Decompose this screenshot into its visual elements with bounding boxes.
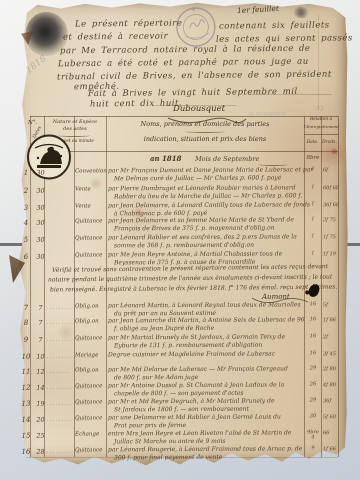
col-header-nature: des actes [46,126,104,132]
act-date: 30 [34,236,47,244]
act-description: chapelle de 800 f. — son payement d'acte… [114,389,244,397]
registration-date: 1 [305,217,321,222]
act-description: par Mr François Dumont et Dame Jeanne Ma… [108,166,313,174]
act-description: par Léonard Rablier et ses confrères, de… [108,233,297,241]
act-description: par une Delamarre et Md Rablier à Jean G… [108,413,281,421]
act-description: 300 f. pour final payement de vente [114,453,222,461]
act-description: par Léonard Martin, à Léonard Reynal tou… [108,301,301,309]
act-description: par Mr Antoine Dussol p. St Chamant à Je… [108,381,284,389]
col-header-reg-droits: Droits. [321,140,338,145]
row-number: 4 [20,219,32,227]
act-nature: Vente [75,186,108,192]
page-content: 1er feuillet Le présent répertoire conte… [0,0,360,480]
col-header-nature: Nature et Espèce [46,119,104,125]
act-description: entre Mrs Jean Reyre et Léon Riveton l'a… [108,429,291,437]
register-row: 1628................Quittancepar Léonard… [18,446,340,465]
preamble-line: contenant six feuillets [219,20,330,31]
col-header-no: N°. [28,120,37,126]
act-nature: Quittance [75,252,108,258]
act-nature: Vente [75,203,108,209]
preamble-line: tribunal civil de Brives, en l'absence d… [57,70,332,83]
act-description: St Jardoux de 1800 f. — son remboursemen… [114,405,249,413]
act-description: Degrue cuisinier et Magdelaine Fraimond … [108,350,275,358]
row-number: 5 [20,236,32,244]
act-description: Eyburie de 131 f. p. remboursement d'obl… [114,341,262,349]
registration-fee: 1f 75 [323,234,341,240]
registration-fee: 1f 19 [323,251,341,257]
registration-fee: 36f [323,398,341,404]
registration-date: 1 [305,234,321,239]
act-date: 30 [34,219,47,227]
act-date: 28 [34,448,47,456]
act-description: par Léonard Rougerie, à Léonard Fraimond… [108,445,302,453]
ruled-segment [248,94,332,95]
act-description: par Jean Delamarre, à Léonard Cantilly t… [108,201,310,209]
act-nature: Oblig.on [75,318,108,324]
row-number: 6 [20,253,32,261]
registration-date: 1 [305,185,321,190]
act-description: somme de 368 f. p. remboursement d'oblig… [114,241,254,249]
act-nature: Mariage [75,352,108,358]
act-date: 7 [34,304,47,312]
registration-fee: 3f 45 [323,351,341,357]
act-date: 7 [34,336,47,344]
registration-date: 9 [305,446,321,451]
row-number: 13 [20,400,32,408]
row-number: 3 [20,204,32,212]
act-description: de 800 f. sur Me Adam juge [114,373,198,380]
act-date: 14 [34,384,47,392]
month-label: Mois de Septembre [195,155,259,163]
act-description: par Me Md Delarue de Lubersac — Mr Franç… [108,365,288,373]
col-header-reg-date: Date. [304,140,321,145]
act-description: Me Delmas curé de Juillac — Mr Charles p… [114,174,281,182]
registration-date: 30 [305,414,321,419]
act-nature: Quittance [75,415,108,421]
act-description: f. obligé au Jean Dupré de Roche [114,324,214,332]
pencil-year: 1818 [24,54,48,76]
act-description: du prêt par an au Sauvent estimé [114,309,216,317]
registration-fee: 2f [323,334,341,340]
registration-fee: 5f 60 [323,414,341,420]
act-description: Juillac St Marche ou antre de 9 mois [114,437,226,445]
month-registration: 8bre [305,155,321,161]
act-date: 30 [34,169,47,177]
act-nature: Quittance [75,235,108,241]
register-row: 130Conventionpar Mr François Dumont et D… [18,167,340,186]
act-date: 30 [34,253,47,261]
act-date: 19 [34,400,47,408]
act-nature: Oblig.on [75,303,108,309]
act-nature: Convention [75,168,108,174]
ink-smudge-icon [292,6,310,20]
registration-date: 1 [305,251,321,256]
registration-fee: 60f 60 [323,185,341,191]
row-number: 8 [20,319,32,327]
row-number: 10 [20,353,32,361]
act-nature: Quittance [75,383,108,389]
row-number: 14 [20,416,32,424]
act-description: par Me Jean Reyre Antoine, à Martial Cha… [108,250,282,258]
act-date: 7 [34,319,47,327]
registration-date: 16 [305,302,321,307]
registration-fee: 1f 66 [323,446,341,452]
month-year: an 1818 [150,154,182,163]
col-header-reg: Relation à [304,117,338,122]
registration-date: 9bre 4 [305,430,321,440]
registration-fee: 5f [323,302,341,308]
row-number: 2 [20,187,32,195]
act-nature: Quittance [75,399,108,405]
act-nature: Quittance [75,335,108,341]
registration-fee: 2f 80 [323,366,341,372]
act-nature: Oblig.on [75,367,108,373]
registration-fee: 36f 60 [323,202,341,208]
row-number: 12 [20,384,32,392]
header-flourish [185,130,225,133]
registration-date: 16 [305,334,321,339]
dateline: Fait à Brives le vingt huit Septembre mi… [88,87,298,99]
act-description: Prat pour prix de ferme [114,421,186,428]
registration-date: 16 [305,351,321,356]
registration-fee: 4f 80 [323,382,341,388]
act-date: 10 [34,353,47,361]
act-nature: Échange [75,431,108,437]
act-nature: Quittance [75,447,108,453]
act-description: par Mr et Md Reyre Degruch, à Mr Martial… [108,397,275,405]
preamble-line: Lubersac a été coté et paraphé par nous … [58,57,309,70]
row-number: 16 [20,448,32,456]
row-number: 1 [20,169,32,177]
row-number: 9 [20,336,32,344]
act-description: Rablier du lieu de la Marche de Juillac … [114,192,302,200]
act-description: François de Brives de 375 f. p. moyennan… [114,224,275,232]
row-number: 7 [20,304,32,312]
registration-date: 26 [305,382,321,387]
registration-fee: 1f 86 [323,317,341,323]
registration-date: 1 [305,167,321,172]
act-nature: Quittance [75,218,108,224]
registration-date: 29 [305,366,321,371]
act-date: 20 [34,416,47,424]
registration-date: 1 [305,202,321,207]
preamble-line: et destiné à recevoir [63,31,168,42]
act-date: 30 [34,204,47,212]
photo-backdrop: 1er feuillet Le présent répertoire conte… [0,0,360,480]
act-description: par Jean Lamarche dit Martin, à Antoine … [108,316,305,324]
registration-fee: 2f 75 [323,217,341,223]
dateline: huit cent dix huit. [90,99,182,110]
preamble-line: par Me Terracord notaire royal à la rési… [60,44,311,57]
row-number: 11 [20,368,32,376]
paper-crease [318,14,319,110]
registration-date: 29 [305,398,321,403]
preamble-line: Le présent répertoire [75,18,182,29]
act-date: 25 [34,432,47,440]
table-rule-header-bottom [30,151,338,152]
act-description: à Chabrignac p. de 600 f. payé [114,209,207,216]
registration-fee: 6f [323,167,341,173]
registration-fee: 66 [323,430,341,436]
registration-date: 16 [305,317,321,322]
col-header-reg: l'Enregistrement [304,124,338,129]
folio-label: 1er feuillet [237,4,279,15]
table-rule-top [30,116,338,117]
verification-line: notaire pendant le quatrième trimestre d… [48,274,332,284]
col-header-parties: Noms, prénoms et domicile des parties [106,120,304,128]
col-header-parties2: indication, situation et prix des biens [106,135,304,143]
act-date: 12 [34,368,47,376]
row-number: 15 [20,432,32,440]
act-date: 30 [34,187,47,195]
